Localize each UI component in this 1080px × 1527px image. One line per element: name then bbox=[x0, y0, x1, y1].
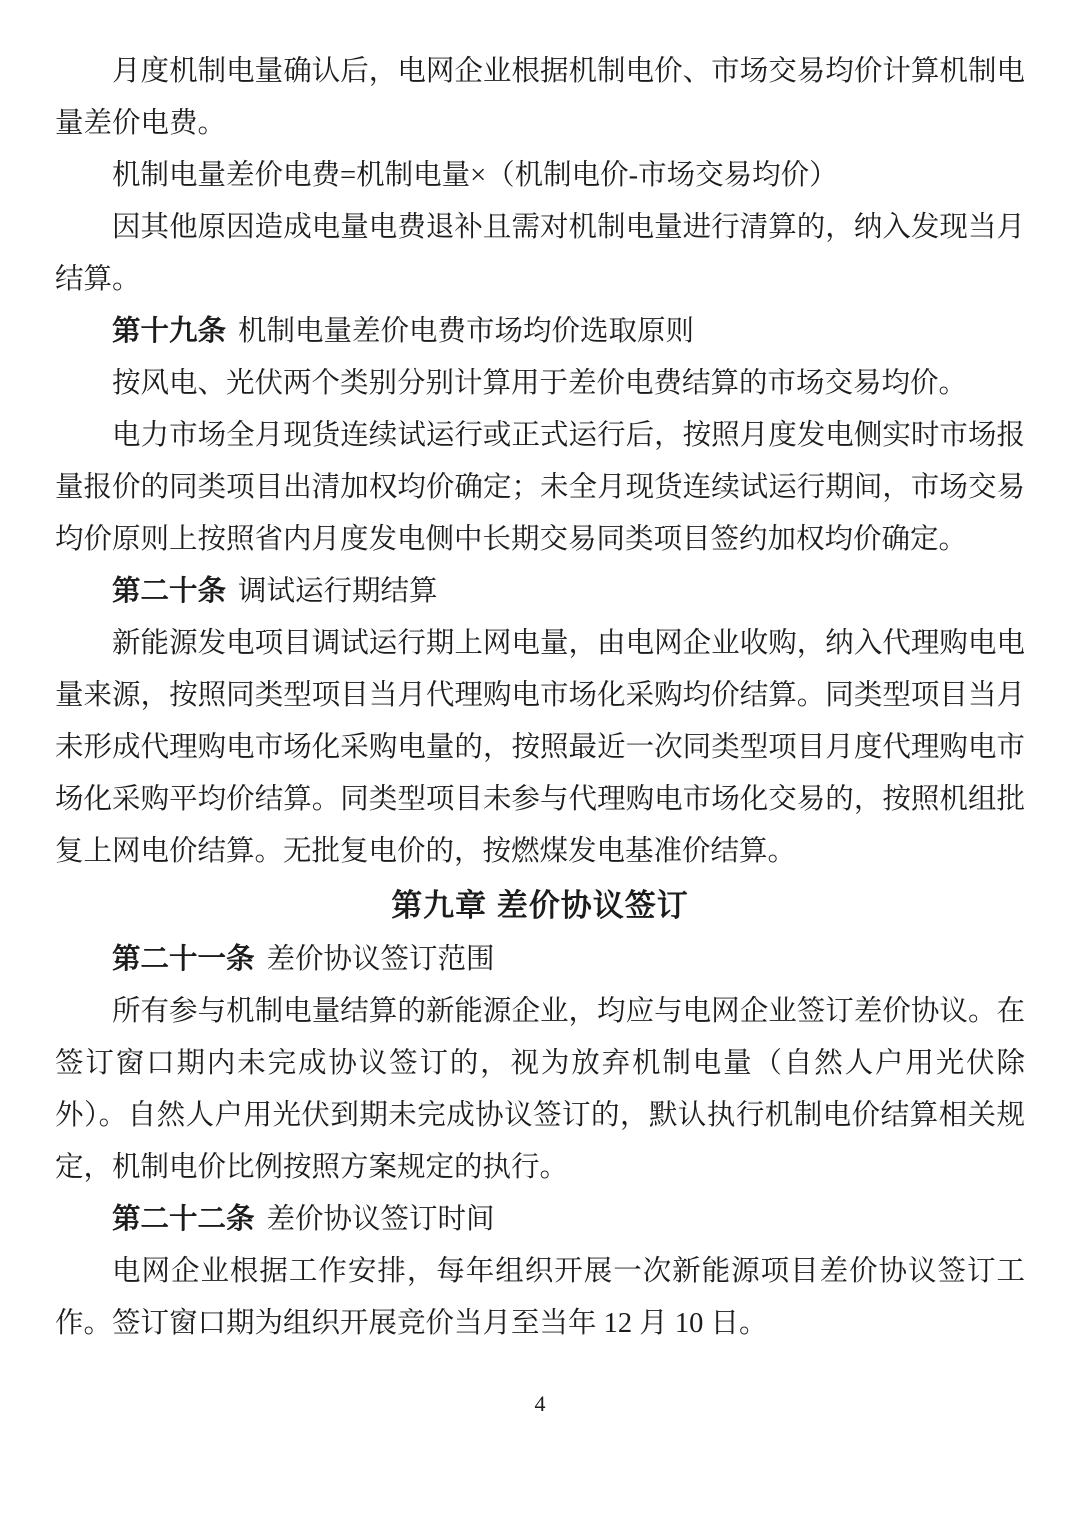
article-title: 调试运行期结算 bbox=[238, 576, 438, 607]
document-body: 月度机制电量确认后，电网企业根据机制电价、市场交易均价计算机制电量差价电费。机制… bbox=[55, 46, 1025, 1350]
body-paragraph: 所有参与机制电量结算的新能源企业，均应与电网企业签订差价协议。在签订窗口期内未完… bbox=[55, 986, 1025, 1194]
article-number: 第二十一条 bbox=[112, 944, 255, 975]
body-paragraph: 电力市场全月现货连续试运行或正式运行后，按照月度发电侧实时市场报量报价的同类项目… bbox=[55, 410, 1025, 566]
formula-line: 机制电量差价电费=机制电量×（机制电价-市场交易均价） bbox=[55, 150, 1025, 202]
body-paragraph: 新能源发电项目调试运行期上网电量，由电网企业收购，纳入代理购电电量来源，按照同类… bbox=[55, 618, 1025, 878]
body-paragraph: 月度机制电量确认后，电网企业根据机制电价、市场交易均价计算机制电量差价电费。 bbox=[55, 46, 1025, 150]
article-heading: 第二十条调试运行期结算 bbox=[55, 566, 1025, 618]
article-number: 第二十条 bbox=[112, 576, 226, 607]
article-title: 差价协议签订时间 bbox=[266, 1204, 494, 1235]
article-heading: 第二十一条差价协议签订范围 bbox=[55, 934, 1025, 986]
body-paragraph: 电网企业根据工作安排，每年组织开展一次新能源项目差价协议签订工作。签订窗口期为组… bbox=[55, 1246, 1025, 1350]
page-number: 4 bbox=[0, 1390, 1080, 1418]
article-title: 差价协议签订范围 bbox=[266, 944, 494, 975]
article-heading: 第二十二条差价协议签订时间 bbox=[55, 1194, 1025, 1246]
article-title: 机制电量差价电费市场均价选取原则 bbox=[238, 316, 694, 347]
document-page: 月度机制电量确认后，电网企业根据机制电价、市场交易均价计算机制电量差价电费。机制… bbox=[0, 0, 1080, 1527]
article-number: 第二十二条 bbox=[112, 1204, 255, 1235]
article-heading: 第十九条机制电量差价电费市场均价选取原则 bbox=[55, 306, 1025, 358]
article-number: 第十九条 bbox=[112, 316, 226, 347]
body-paragraph: 因其他原因造成电量电费退补且需对机制电量进行清算的，纳入发现当月结算。 bbox=[55, 202, 1025, 306]
body-paragraph: 按风电、光伏两个类别分别计算用于差价电费结算的市场交易均价。 bbox=[55, 358, 1025, 410]
chapter-heading: 第九章 差价协议签订 bbox=[55, 878, 1025, 934]
